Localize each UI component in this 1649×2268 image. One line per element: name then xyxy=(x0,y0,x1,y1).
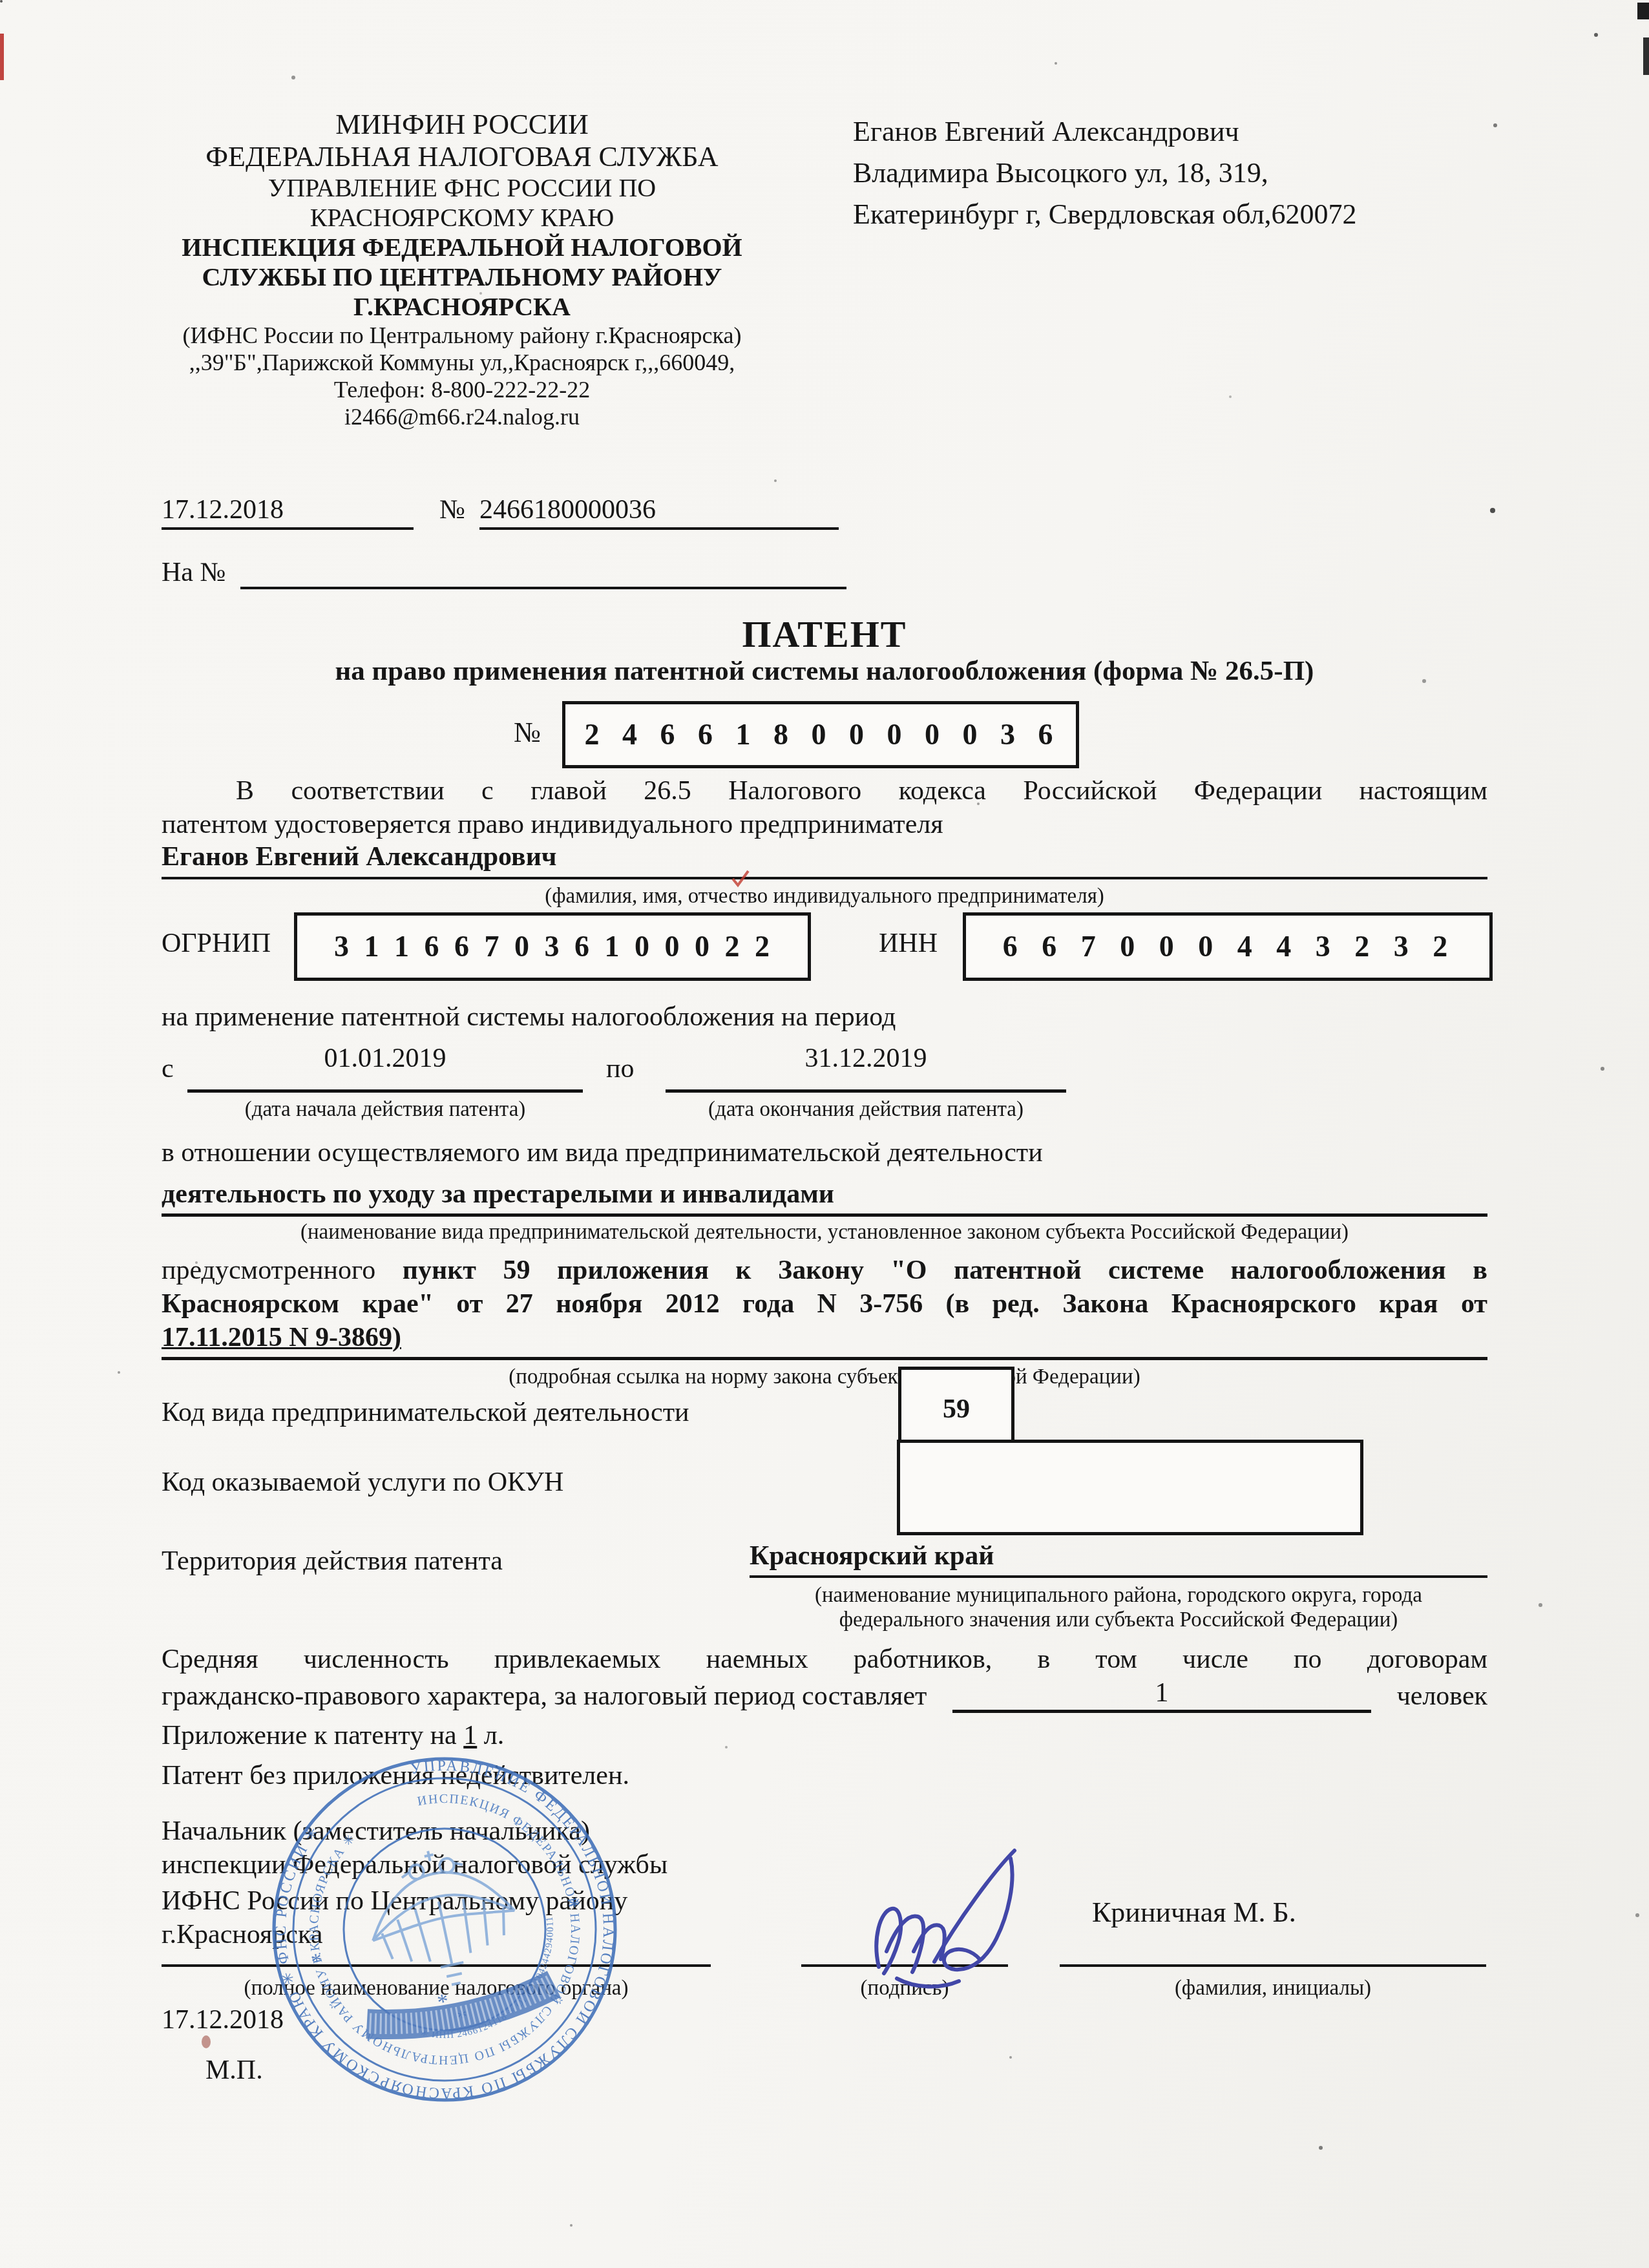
attachment-pages: 1 xyxy=(463,1721,477,1750)
law-underline xyxy=(162,1331,1487,1360)
issuer-line: ИНСПЕКЦИЯ ФЕДЕРАЛЬНОЙ НАЛОГОВОЙ СЛУЖБЫ П… xyxy=(162,233,762,322)
patent-number-box: 2 4 6 6 1 8 0 0 0 0 0 3 6 xyxy=(562,701,1079,768)
workers-line2-row: гражданско-правового характера, за налог… xyxy=(162,1676,1487,1713)
territory-caption-line: федерального значения или субъекта Росси… xyxy=(750,1608,1487,1632)
date-from-label: с xyxy=(162,1052,174,1086)
red-edge-artifact xyxy=(0,34,4,80)
law-line1: пункт 59 приложения к Закону "О патентно… xyxy=(403,1255,1487,1285)
ogrnip-box: 3 1 1 6 6 7 0 3 6 1 0 0 0 2 2 xyxy=(294,912,811,981)
intro-line: патентом удостоверяется право индивидуал… xyxy=(162,808,1487,841)
doc-date-underline xyxy=(162,493,414,530)
workers-count: 1 xyxy=(952,1676,1371,1713)
inn-box: 6 6 7 0 0 0 4 4 3 2 3 2 xyxy=(963,912,1493,981)
law-prefix: предусмотренного xyxy=(162,1255,403,1285)
recipient-block: Еганов Евгений Александрович Владимира В… xyxy=(853,111,1577,235)
entrepreneur-name-caption: (фамилия, имя, отчество индивидуального … xyxy=(162,884,1487,908)
date-to-label: по xyxy=(606,1052,634,1086)
okun-code-label: Код оказываемой услуги по ОКУН xyxy=(162,1465,563,1499)
issuer-line: МИНФИН РОССИИ xyxy=(162,109,762,141)
territory-label: Территория действия патента xyxy=(162,1544,503,1578)
issuer-line: ФЕДЕРАЛЬНАЯ НАЛОГОВАЯ СЛУЖБА xyxy=(162,141,762,173)
issuer-address: ,,39"Б",Парижской Коммуны ул,,Красноярск… xyxy=(162,349,762,376)
attachment-line: Приложение к патенту на 1 л. xyxy=(162,1719,504,1752)
issuer-header-block: МИНФИН РОССИИ ФЕДЕРАЛЬНАЯ НАЛОГОВАЯ СЛУЖ… xyxy=(162,109,762,430)
territory-value: Красноярский край xyxy=(750,1539,1487,1578)
date-from-value: 01.01.2019 xyxy=(187,1042,583,1093)
recipient-address-line: Екатеринбург г, Свердловская обл,620072 xyxy=(853,194,1577,235)
signer-name-caption: (фамилия, инициалы) xyxy=(1060,1976,1486,2000)
date-from-caption: (дата начала действия патента) xyxy=(187,1097,583,1122)
doc-number-underline xyxy=(479,493,839,530)
ink-blot-artifact xyxy=(202,2035,211,2048)
signer-name-underline xyxy=(1060,1938,1486,1967)
issuer-line: (ИФНС России по Центральному району г.Кр… xyxy=(162,322,762,349)
activity-caption: (наименование вида предпринимательской д… xyxy=(162,1220,1487,1244)
attachment-suffix: л. xyxy=(477,1721,504,1750)
date-to-caption: (дата окончания действия патента) xyxy=(666,1097,1066,1122)
recipient-address-line: Владимира Высоцкого ул, 18, 319, xyxy=(853,152,1577,194)
red-check-artifact xyxy=(729,868,752,888)
scanned-patent-document: МИНФИН РОССИИ ФЕДЕРАЛЬНАЯ НАЛОГОВАЯ СЛУЖ… xyxy=(0,0,1649,2268)
stamp-eagle-emblem xyxy=(357,1836,527,1999)
attachment-prefix: Приложение к патенту на xyxy=(162,1721,463,1750)
intro-paragraph: В соответствии с главой 26.5 Налогового … xyxy=(162,774,1487,841)
issuer-line: УПРАВЛЕНИЕ ФНС РОССИИ ПО КРАСНОЯРСКОМУ К… xyxy=(162,173,762,233)
territory-caption: (наименование муниципального района, гор… xyxy=(750,1583,1487,1632)
workers-unit: человек xyxy=(1397,1679,1487,1713)
issuer-phone: Телефон: 8-800-222-22-22 xyxy=(162,376,762,403)
activity-code-label: Код вида предпринимательской деятельност… xyxy=(162,1396,689,1429)
reply-to-underline xyxy=(240,556,846,589)
law-line: Красноярском крае" от 27 ноября 2012 год… xyxy=(162,1287,1487,1321)
handwritten-signature xyxy=(854,1840,1048,2002)
patent-subtitle: на право применения патентной системы на… xyxy=(162,655,1487,687)
territory-caption-line: (наименование муниципального района, гор… xyxy=(750,1583,1487,1608)
law-line: предусмотренного пункт 59 приложения к З… xyxy=(162,1254,1487,1287)
date-to-value: 31.12.2019 xyxy=(666,1042,1066,1093)
reply-to-label: На № xyxy=(162,556,226,589)
recipient-name: Еганов Евгений Александрович xyxy=(853,111,1577,152)
period-line: на применение патентной системы налогооб… xyxy=(162,1000,896,1034)
activity-value: деятельность по уходу за престарелыми и … xyxy=(162,1177,1487,1217)
corner-artifact xyxy=(1637,3,1649,19)
patent-title: ПАТЕНТ xyxy=(162,613,1487,656)
intro-line: В соответствии с главой 26.5 Налогового … xyxy=(162,774,1487,808)
doc-number-label: № xyxy=(439,493,465,527)
edge-artifact xyxy=(1643,37,1649,75)
scan-speck-layer xyxy=(0,0,3,3)
seal-place-mark: М.П. xyxy=(205,2053,263,2087)
law-caption: (подробная ссылка на норму закона субъек… xyxy=(162,1365,1487,1389)
official-round-stamp: УПРАВЛЕНИЕ ФЕДЕРАЛЬНОЙ НАЛОГОВОЙ СЛУЖБЫ … xyxy=(264,1748,625,2110)
workers-line1: Средняя численность привлекаемых наемных… xyxy=(162,1643,1487,1676)
ogrnip-label: ОГРНИП xyxy=(162,912,271,974)
inn-label: ИНН xyxy=(879,912,938,974)
signer-name: Криничная М. Б. xyxy=(1092,1892,1296,1933)
patent-number-label: № xyxy=(514,716,541,749)
issuer-email: i2466@m66.r24.nalog.ru xyxy=(162,403,762,430)
okun-code-box xyxy=(897,1440,1363,1535)
activity-intro: в отношении осуществляемого им вида пред… xyxy=(162,1136,1487,1170)
workers-line2: гражданско-правового характера, за налог… xyxy=(162,1679,927,1713)
entrepreneur-name: Еганов Евгений Александрович xyxy=(162,840,1487,879)
